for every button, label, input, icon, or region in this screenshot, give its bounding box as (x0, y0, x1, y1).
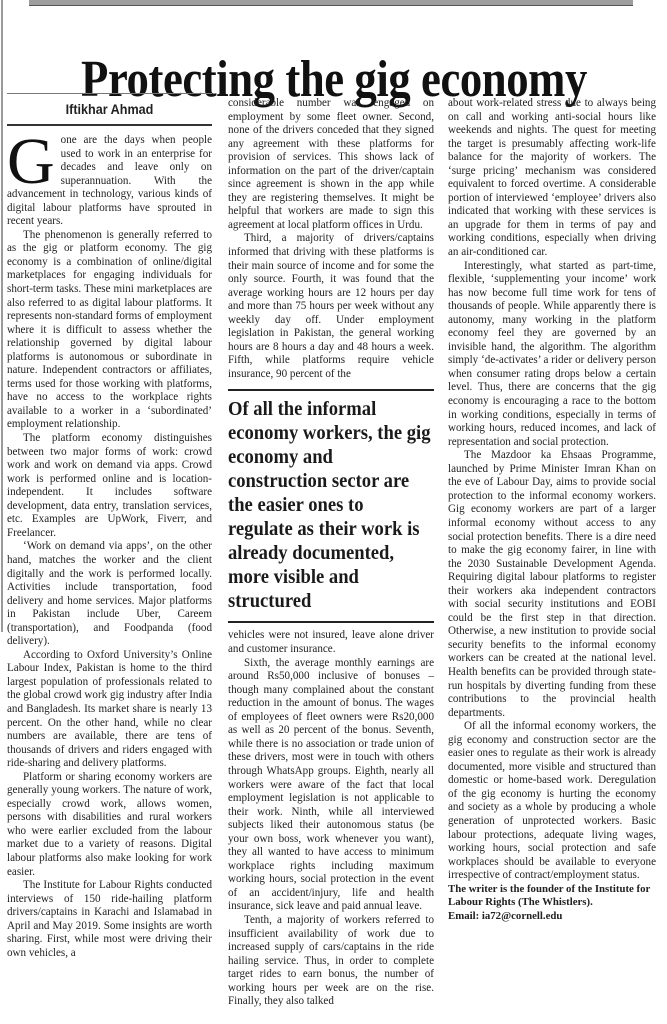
pull-quote: Of all the informal economy workers, the… (228, 397, 433, 613)
paragraph: Of all the informal economy workers, the… (448, 720, 656, 883)
paragraph: The phenomenon is generally referred to … (7, 229, 212, 432)
author-bio: The writer is the founder of the Institu… (448, 883, 650, 909)
paragraph: Third, a majority of drivers/captains in… (228, 232, 434, 381)
paragraph: According to Oxford University’s Online … (7, 649, 212, 771)
paragraph: vehicles were not insured, leave alone d… (228, 629, 434, 656)
paragraph: about work-related stress due to always … (448, 97, 656, 260)
paragraph: The Mazdoor ka Ehsaas Programme, launche… (448, 449, 656, 720)
paragraph: Gone are the days when people used to wo… (7, 134, 212, 229)
paragraph: Interestingly, what started as part-time… (448, 260, 656, 450)
paragraph: considerable number was engaged on emplo… (228, 97, 434, 232)
paragraph: Tenth, a majority of workers referred to… (228, 914, 434, 1009)
paragraph: Platform or sharing economy workers are … (7, 771, 212, 879)
byline: Iftikhar Ahmad (17, 100, 202, 118)
drop-cap: G (7, 136, 55, 188)
byline-top-rule (7, 93, 212, 94)
pull-quote-top-rule (228, 389, 434, 391)
page-left-border (1, 0, 3, 632)
author-email[interactable]: Email: ia72@cornell.edu (448, 910, 562, 922)
paragraph: Sixth, the average monthly earnings are … (228, 657, 434, 914)
paragraph: The platform economy distinguishes betwe… (7, 432, 212, 540)
column-1: Iftikhar Ahmad Gone are the days when pe… (7, 93, 212, 960)
author-note: The writer is the founder of the Institu… (448, 883, 656, 924)
pull-quote-bottom-rule (228, 621, 434, 623)
column-2: considerable number was engaged on emplo… (228, 97, 434, 1009)
column-3: about work-related stress due to always … (448, 97, 656, 923)
paragraph: ‘Work on demand via apps’, on the other … (7, 540, 212, 648)
top-rule (29, 0, 633, 6)
paragraph: The Institute for Labour Rights conducte… (7, 879, 212, 960)
